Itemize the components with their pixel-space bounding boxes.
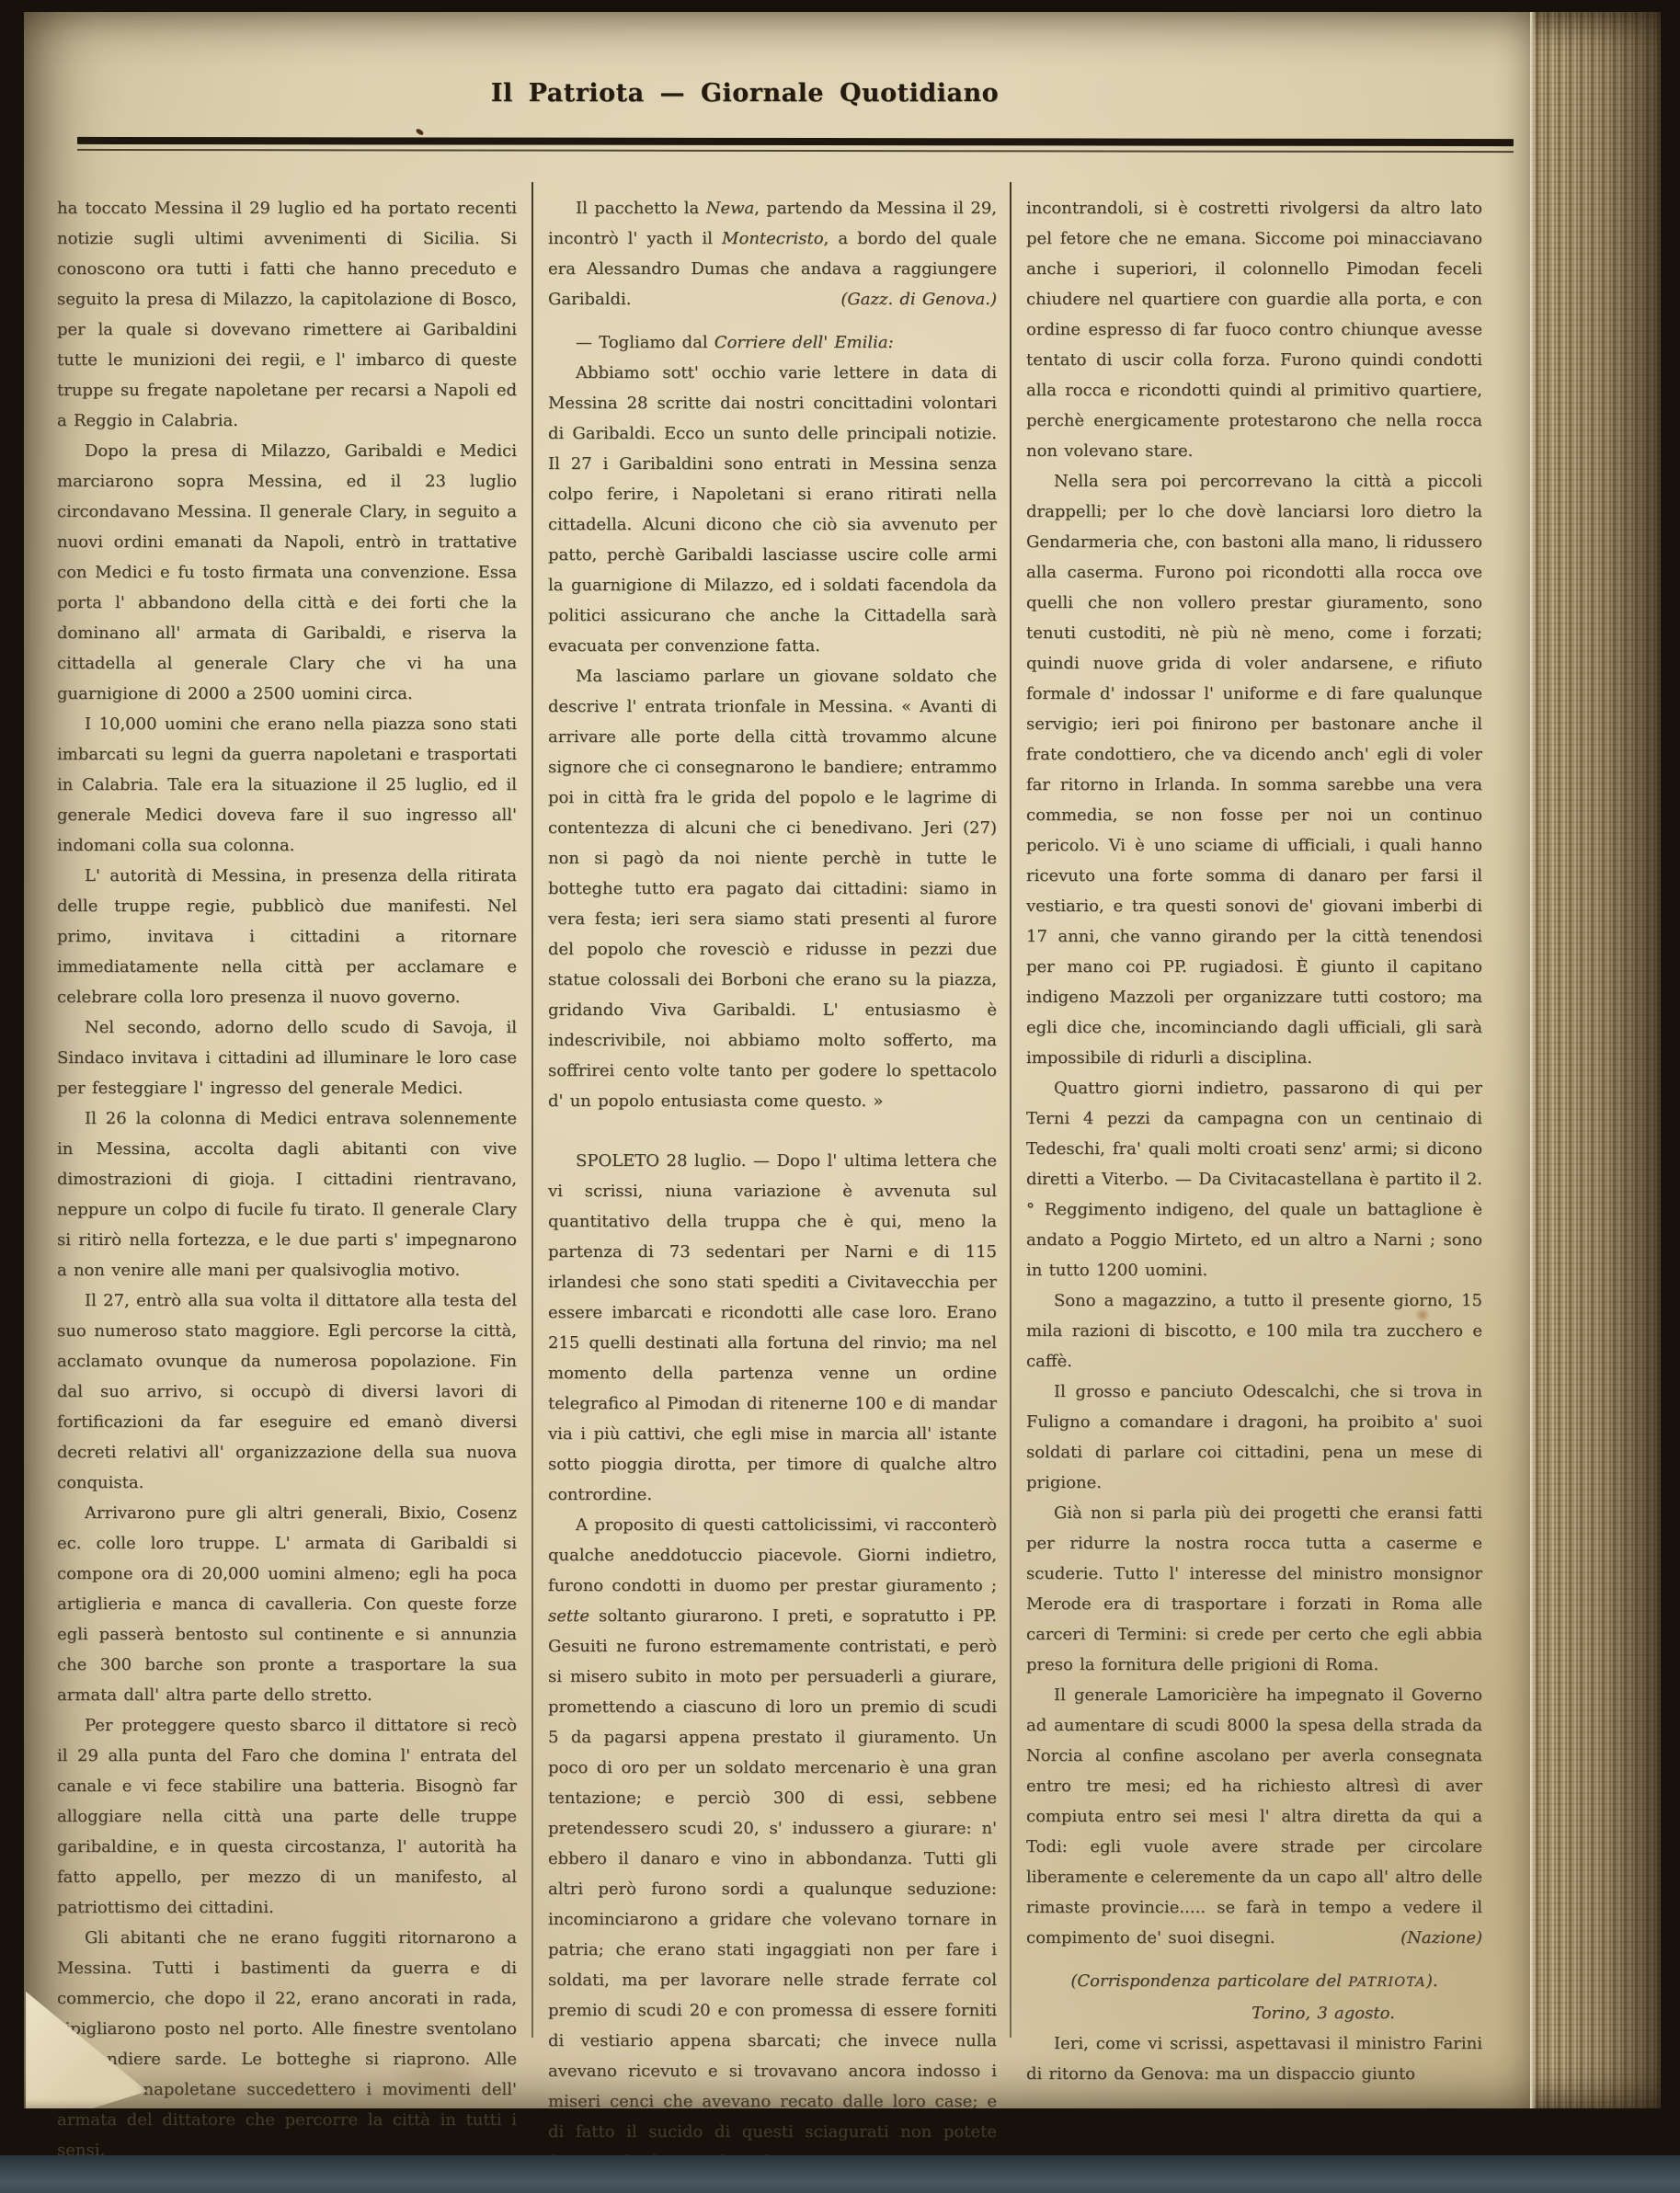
paragraph: Nel secondo, adorno dello scudo di Savoj… (57, 1012, 517, 1103)
text-segment: Nel secondo, adorno dello scudo di Savoj… (57, 1018, 517, 1098)
page-edge-highlight (1530, 12, 1537, 2108)
newspaper-masthead: Il Patriota — Giornale Quotidiano (74, 79, 1416, 108)
paragraph: Il pacchetto la Newa, partendo da Messin… (548, 193, 997, 314)
text-segment: Arrivarono pure gli altri generali, Bixi… (57, 1503, 517, 1705)
text-segment: Il grosso e panciuto Odescalchi, che si … (1026, 1382, 1482, 1492)
text-segment: SPOLETO 28 luglio. — Dopo l' ultima lett… (548, 1151, 997, 1504)
paragraph: Quattro giorni indietro, passarono di qu… (1026, 1073, 1482, 1285)
text-segment: Corriere dell' Emilia: (714, 333, 894, 352)
text-segment: ). (1426, 1971, 1438, 1991)
text-segment: (Gazz. di Genova.) (813, 284, 997, 314)
text-segment: — Togliamo dal (576, 333, 714, 352)
foxing-stain (1414, 1308, 1431, 1322)
text-segment: soltanto giurarono. I preti, e sopratutt… (548, 1606, 997, 2172)
text-segment: sette (548, 1606, 589, 1626)
text-segment: Nella sera poi percorrevano la città a p… (1026, 472, 1482, 1068)
text-segment: Abbiamo sott' occhio varie lettere in da… (548, 363, 997, 656)
paragraph: Il 26 la colonna di Medici entrava solen… (57, 1103, 517, 1285)
paragraph: Il 27, entrò alla sua volta il dittatore… (57, 1285, 517, 1498)
text-segment: I 10,000 uomini che erano nella piazza s… (57, 714, 517, 855)
scanner-background (0, 2155, 1680, 2193)
paragraph: incontrandoli, si è costretti rivolgersi… (1026, 193, 1482, 466)
paragraph: Abbiamo sott' occhio varie lettere in da… (548, 358, 997, 661)
paragraph: Per proteggere questo sbarco il dittator… (57, 1710, 517, 1923)
text-segment: Già non si parla più dei progetti che er… (1026, 1503, 1482, 1674)
text-segment: (Nazione) (1373, 1923, 1482, 1953)
text-segment: Sono a magazzino, a tutto il presente gi… (1026, 1291, 1482, 1371)
column-divider-right (1010, 182, 1011, 2038)
paragraph: Ma lasciamo parlare un giovane soldato c… (548, 661, 997, 1116)
text-column-3: incontrandoli, si è costretti rivolgersi… (1026, 193, 1482, 2089)
text-segment: Montecristo (722, 229, 824, 248)
masthead-rule (77, 137, 1514, 153)
paragraph: I 10,000 uomini che erano nella piazza s… (57, 709, 517, 861)
paper-stain (386, 2050, 487, 2096)
text-segment: Dopo la presa di Milazzo, Garibaldi e Me… (57, 441, 517, 703)
text-column-2: Il pacchetto la Newa, partendo da Messin… (548, 193, 997, 2177)
paragraph: Già non si parla più dei progetti che er… (1026, 1498, 1482, 1680)
paragraph: Dopo la presa di Milazzo, Garibaldi e Me… (57, 436, 517, 709)
text-segment: Il generale Lamoricière ha impegnato il … (1026, 1685, 1482, 1947)
paragraph: A proposito di questi cattolicissimi, vi… (548, 1510, 997, 2177)
text-segment: PATRIOTA (1348, 1975, 1426, 1990)
text-segment: Il pacchetto la (576, 199, 706, 218)
paragraph: L' autorità di Messina, in presenza dell… (57, 861, 517, 1012)
paragraph: Sono a magazzino, a tutto il presente gi… (1026, 1285, 1482, 1376)
paragraph: Gli abitanti che ne erano fuggiti ritorn… (57, 1923, 517, 2165)
text-segment: A proposito di questi cattolicissimi, vi… (548, 1515, 997, 1595)
text-segment: Newa (706, 199, 755, 218)
text-segment: Il 26 la colonna di Medici entrava solen… (57, 1109, 517, 1280)
text-segment: Torino, 3 agosto. (1251, 2004, 1395, 2023)
paragraph: Torino, 3 agosto. (1026, 1998, 1482, 2028)
paragraph: ha toccato Messina il 29 luglio ed ha po… (57, 193, 517, 436)
text-segment: L' autorità di Messina, in presenza dell… (57, 866, 517, 1007)
text-segment: Gli abitanti che ne erano fuggiti ritorn… (57, 1928, 517, 2160)
text-segment: ha toccato Messina il 29 luglio ed ha po… (57, 199, 517, 430)
text-segment: (Corrispondenza particolare del (1070, 1971, 1348, 1991)
paragraph: Ieri, come vi scrissi, aspettavasi il mi… (1026, 2028, 1482, 2089)
paragraph: — Togliamo dal Corriere dell' Emilia: (548, 327, 997, 358)
paragraph: (Corrispondenza particolare del PATRIOTA… (1026, 1966, 1482, 1998)
book-fore-edge (1530, 12, 1661, 2108)
masthead-rule-thick (77, 137, 1514, 146)
paragraph: Nella sera poi percorrevano la città a p… (1026, 466, 1482, 1073)
paragraph: Il grosso e panciuto Odescalchi, che si … (1026, 1376, 1482, 1498)
text-segment: Ma lasciamo parlare un giovane soldato c… (548, 667, 997, 1111)
column-divider-left (531, 182, 533, 2038)
text-segment: Ieri, come vi scrissi, aspettavasi il mi… (1026, 2034, 1482, 2084)
text-segment: Quattro giorni indietro, passarono di qu… (1026, 1079, 1482, 1280)
text-segment: Per proteggere questo sbarco il dittator… (57, 1716, 517, 1917)
paragraph: SPOLETO 28 luglio. — Dopo l' ultima lett… (548, 1146, 997, 1510)
paragraph: Arrivarono pure gli altri generali, Bixi… (57, 1498, 517, 1710)
text-segment: incontrandoli, si è costretti rivolgersi… (1026, 199, 1482, 461)
text-segment: Il 27, entrò alla sua volta il dittatore… (57, 1291, 517, 1492)
text-column-1: ha toccato Messina il 29 luglio ed ha po… (57, 193, 517, 2165)
paragraph: Il generale Lamoricière ha impegnato il … (1026, 1680, 1482, 1953)
